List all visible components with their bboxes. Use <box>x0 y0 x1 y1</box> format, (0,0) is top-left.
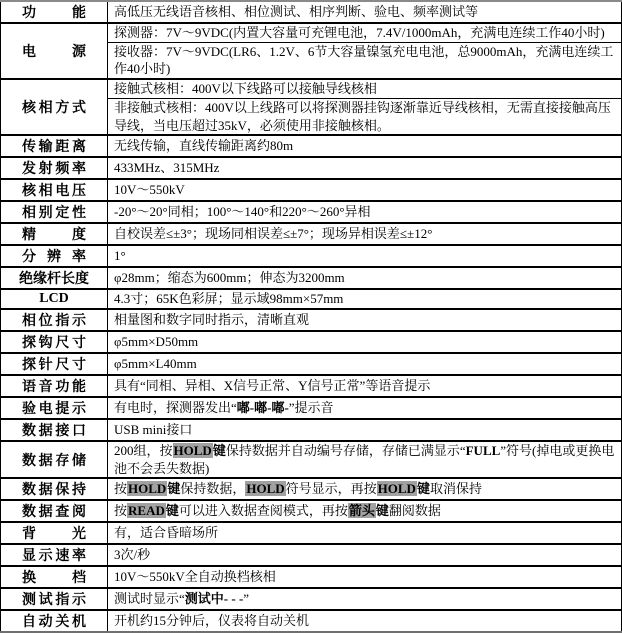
spec-value-line: 具有“同相、异相、X信号正常、Y信号正常”等语音提示 <box>108 377 621 395</box>
value-text: φ5mm×D50mm <box>114 334 198 349</box>
spec-label: 传输距离 <box>1 135 108 157</box>
value-text: 取消保持 <box>430 481 482 496</box>
spec-label-text: 背光 <box>22 523 86 543</box>
value-text: 可以进入数据查阅模式，再按 <box>179 503 348 518</box>
value-text: 保持数据并自动编号存储，存储已满显示“ <box>226 443 466 458</box>
spec-value-line: 3次/秒 <box>108 546 621 564</box>
table-row: 分辨率1° <box>1 245 622 267</box>
spec-value: 探测器：7V～9VDC(内置大容量可充锂电池，7.4V/1000mAh，充满电连… <box>108 23 622 79</box>
spec-value-line: USB mini接口 <box>108 421 621 439</box>
spec-label: 分辨率 <box>1 245 108 267</box>
spec-label-text: 换档 <box>22 567 86 587</box>
spec-label-text: 探针尺寸 <box>22 354 86 374</box>
spec-table-body: 功能高低压无线语音核相、相位测试、相序判断、验电、频率测试等电源探测器：7V～9… <box>1 1 622 632</box>
spec-label: 绝缘杆长度 <box>1 267 108 289</box>
value-text: ” <box>243 591 249 606</box>
spec-sheet: 功能高低压无线语音核相、相位测试、相序判断、验电、频率测试等电源探测器：7V～9… <box>0 0 622 633</box>
spec-label-text: 语音功能 <box>22 376 86 396</box>
value-text: 开机约15分钟后，仪表将自动关机 <box>114 613 309 628</box>
value-text: USB mini接口 <box>114 422 192 437</box>
spec-value: 433MHz、315MHz <box>108 157 622 179</box>
spec-value: 开机约15分钟后，仪表将自动关机 <box>108 610 622 632</box>
table-row: 自动关机开机约15分钟后，仪表将自动关机 <box>1 610 622 632</box>
table-row: 验电提示有电时，探测器发出“嘟-嘟-嘟-”提示音 <box>1 397 622 419</box>
value-text: 探测器：7V～9VDC(内置大容量可充锂电池，7.4V/1000mAh，充满电连… <box>114 25 605 40</box>
value-text: 保持数据， <box>180 481 245 496</box>
spec-value-line: 按HOLD键保持数据，HOLD符号显示，再按HOLD键取消保持 <box>108 480 621 498</box>
spec-label-text: 相位指示 <box>22 310 86 330</box>
spec-value: 无线传输，直线传输距离约80m <box>108 135 622 157</box>
spec-value: 按READ键可以进入数据查阅模式，再按箭头键翻阅数据 <box>108 500 622 522</box>
spec-label-text: 探钩尺寸 <box>22 332 86 352</box>
value-text: 具有“同相、异相、X信号正常、Y信号正常”等语音提示 <box>114 378 430 393</box>
spec-value: 高低压无线语音核相、相位测试、相序判断、验电、频率测试等 <box>108 1 622 23</box>
spec-value: φ5mm×D50mm <box>108 331 622 353</box>
table-row: 电源探测器：7V～9VDC(内置大容量可充锂电池，7.4V/1000mAh，充满… <box>1 23 622 79</box>
table-row: 显示速率3次/秒 <box>1 544 622 566</box>
emphasized-text: 键 <box>376 503 389 518</box>
spec-value: 1° <box>108 245 622 267</box>
table-row: LCD4.3寸；65K色彩屏；显示域98mm×57mm <box>1 289 622 309</box>
spec-label-text: 精度 <box>22 224 86 244</box>
spec-value-line: 10V～550kV <box>108 181 621 199</box>
spec-table: 功能高低压无线语音核相、相位测试、相序判断、验电、频率测试等电源探测器：7V～9… <box>0 0 622 633</box>
spec-label: 探钩尺寸 <box>1 331 108 353</box>
spec-label-text: 数据查阅 <box>22 501 86 521</box>
spec-label: 数据保持 <box>1 478 108 500</box>
spec-value: 200组，按HOLD键保持数据并自动编号存储，存储已满显示“FULL”符号(掉电… <box>108 441 622 478</box>
value-text: 3次/秒 <box>114 547 150 562</box>
spec-value-line: 1° <box>108 247 621 265</box>
value-text: 有，适合昏暗场所 <box>114 525 218 540</box>
spec-label: 探针尺寸 <box>1 353 108 375</box>
spec-label: 精度 <box>1 223 108 245</box>
value-text: 高低压无线语音核相、相位测试、相序判断、验电、频率测试等 <box>114 4 478 19</box>
spec-label: 换档 <box>1 566 108 588</box>
value-text: 测试时显示“ <box>114 591 185 606</box>
value-text: φ5mm×L40mm <box>114 356 197 371</box>
spec-value-line: 433MHz、315MHz <box>108 159 621 177</box>
spec-label-text: 数据接口 <box>22 420 86 440</box>
spec-label: 测试指示 <box>1 588 108 610</box>
spec-label: 数据查阅 <box>1 500 108 522</box>
spec-value: 自校误差≤±3°；现场同相误差≤±7°；现场异相误差≤±12° <box>108 223 622 245</box>
spec-label: 相别定性 <box>1 201 108 223</box>
value-text: 按 <box>114 481 127 496</box>
spec-label: 自动关机 <box>1 610 108 632</box>
spec-value-line: φ28mm；缩态为600mm；伸态为3200mm <box>108 269 621 287</box>
table-row: 数据保持按HOLD键保持数据，HOLD符号显示，再按HOLD键取消保持 <box>1 478 622 500</box>
table-row: 发射频率433MHz、315MHz <box>1 157 622 179</box>
emphasized-text: FULL <box>466 443 501 458</box>
spec-value: 有电时，探测器发出“嘟-嘟-嘟-”提示音 <box>108 397 622 419</box>
table-row: 精度自校误差≤±3°；现场同相误差≤±7°；现场异相误差≤±12° <box>1 223 622 245</box>
spec-label-text: 数据保持 <box>22 479 86 499</box>
spec-value-line: 相量图和数字同时指示，清晰直观 <box>108 311 621 329</box>
spec-label: LCD <box>1 289 108 309</box>
value-text: 相量图和数字同时指示，清晰直观 <box>114 312 309 327</box>
spec-label-text: 核相电压 <box>22 180 86 200</box>
emphasized-text: 键 <box>417 481 430 496</box>
spec-value-line: 4.3寸；65K色彩屏；显示域98mm×57mm <box>108 290 621 308</box>
table-row: 换档10V～550kV全自动换档核相 <box>1 566 622 588</box>
value-text: 200组，按 <box>114 443 173 458</box>
spec-value: 有，适合昏暗场所 <box>108 522 622 544</box>
table-row: 数据查阅按READ键可以进入数据查阅模式，再按箭头键翻阅数据 <box>1 500 622 522</box>
spec-label: 显示速率 <box>1 544 108 566</box>
spec-value-line: 探测器：7V～9VDC(内置大容量可充锂电池，7.4V/1000mAh，充满电连… <box>108 24 621 42</box>
spec-label: 电源 <box>1 23 108 79</box>
spec-label-text: 数据存储 <box>22 450 86 470</box>
spec-value-line: 非接触式核相：400V以上线路可以将探测器挂钩逐渐靠近导线核相，无需直接接触高压… <box>108 98 621 134</box>
value-text: -20°～20°同相；100°～140°和220°～260°异相 <box>114 204 371 219</box>
spec-label-text: 发射频率 <box>22 158 86 178</box>
value-text: 无线传输，直线传输距离约80m <box>114 138 293 153</box>
spec-value: φ28mm；缩态为600mm；伸态为3200mm <box>108 267 622 289</box>
value-text: 非接触式核相：400V以上线路可以将探测器挂钩逐渐靠近导线核相，无需直接接触高压… <box>114 100 611 133</box>
spec-label: 相位指示 <box>1 309 108 331</box>
spec-value-line: -20°～20°同相；100°～140°和220°～260°异相 <box>108 203 621 221</box>
table-row: 探钩尺寸φ5mm×D50mm <box>1 331 622 353</box>
spec-value: 4.3寸；65K色彩屏；显示域98mm×57mm <box>108 289 622 309</box>
spec-label-text: 分辨率 <box>22 246 86 266</box>
value-text: 按 <box>114 503 127 518</box>
spec-value-line: φ5mm×D50mm <box>108 333 621 351</box>
spec-value-line: 高低压无线语音核相、相位测试、相序判断、验电、频率测试等 <box>108 3 621 21</box>
spec-value: USB mini接口 <box>108 419 622 441</box>
table-row: 核相电压10V～550kV <box>1 179 622 201</box>
value-text: 10V～550kV <box>114 182 185 197</box>
value-text: 翻阅数据 <box>389 503 441 518</box>
emphasized-text: 键 <box>167 481 180 496</box>
table-row: 探针尺寸φ5mm×L40mm <box>1 353 622 375</box>
key-badge: HOLD <box>173 443 213 458</box>
spec-value: φ5mm×L40mm <box>108 353 622 375</box>
value-text: 1° <box>114 248 126 263</box>
spec-label: 发射频率 <box>1 157 108 179</box>
spec-value-line: 有电时，探测器发出“嘟-嘟-嘟-”提示音 <box>108 399 621 417</box>
spec-label-text: 核相方式 <box>22 97 86 117</box>
spec-label-text: LCD <box>39 291 69 307</box>
spec-value-line: 按READ键可以进入数据查阅模式，再按箭头键翻阅数据 <box>108 502 621 520</box>
value-text: ”提示音 <box>289 400 334 415</box>
table-row: 测试指示测试时显示“测试中- - -” <box>1 588 622 610</box>
spec-value: 接触式核相：400V以下线路可以接触导线核相非接触式核相：400V以上线路可以将… <box>108 79 622 135</box>
spec-value-line: 测试时显示“测试中- - -” <box>108 590 621 608</box>
spec-label-text: 相别定性 <box>22 202 86 222</box>
spec-value-line: 自校误差≤±3°；现场同相误差≤±7°；现场异相误差≤±12° <box>108 225 621 243</box>
spec-value: 3次/秒 <box>108 544 622 566</box>
spec-label-text: 传输距离 <box>22 136 86 156</box>
value-text: 10V～550kV全自动换档核相 <box>114 569 276 584</box>
spec-value-line: 200组，按HOLD键保持数据并自动编号存储，存储已满显示“FULL”符号(掉电… <box>108 442 621 477</box>
value-text: 433MHz、315MHz <box>114 160 219 175</box>
spec-value-line: 开机约15分钟后，仪表将自动关机 <box>108 612 621 630</box>
value-text: φ28mm；缩态为600mm；伸态为3200mm <box>114 270 345 285</box>
spec-value: 测试时显示“测试中- - -” <box>108 588 622 610</box>
spec-label: 数据存储 <box>1 441 108 478</box>
spec-label: 核相方式 <box>1 79 108 135</box>
table-row: 数据接口USB mini接口 <box>1 419 622 441</box>
table-row: 相位指示相量图和数字同时指示，清晰直观 <box>1 309 622 331</box>
emphasized-text: 测试中- - - <box>185 591 244 606</box>
table-row: 核相方式接触式核相：400V以下线路可以接触导线核相非接触式核相：400V以上线… <box>1 79 622 135</box>
spec-value: 10V～550kV <box>108 179 622 201</box>
table-row: 绝缘杆长度φ28mm；缩态为600mm；伸态为3200mm <box>1 267 622 289</box>
value-text: 自校误差≤±3°；现场同相误差≤±7°；现场异相误差≤±12° <box>114 226 432 241</box>
table-row: 背光有，适合昏暗场所 <box>1 522 622 544</box>
value-text: 接收器：7V～9VDC(LR6、1.2V、6节大容量镍氢充电电池，总9000mA… <box>114 44 613 77</box>
spec-label: 功能 <box>1 1 108 23</box>
spec-label: 背光 <box>1 522 108 544</box>
spec-label: 核相电压 <box>1 179 108 201</box>
spec-value-line: 接收器：7V～9VDC(LR6、1.2V、6节大容量镍氢充电电池，总9000mA… <box>108 42 621 78</box>
spec-label-text: 显示速率 <box>22 545 86 565</box>
emphasized-text: 键 <box>166 503 179 518</box>
table-row: 语音功能具有“同相、异相、X信号正常、Y信号正常”等语音提示 <box>1 375 622 397</box>
spec-value: 具有“同相、异相、X信号正常、Y信号正常”等语音提示 <box>108 375 622 397</box>
spec-label-text: 电源 <box>22 41 86 61</box>
spec-value-line: 无线传输，直线传输距离约80m <box>108 137 621 155</box>
spec-label: 语音功能 <box>1 375 108 397</box>
spec-value: 按HOLD键保持数据，HOLD符号显示，再按HOLD键取消保持 <box>108 478 622 500</box>
spec-value-line: 有，适合昏暗场所 <box>108 524 621 542</box>
spec-value: -20°～20°同相；100°～140°和220°～260°异相 <box>108 201 622 223</box>
spec-label: 数据接口 <box>1 419 108 441</box>
value-text: 有电时，探测器发出“ <box>114 400 237 415</box>
key-badge: HOLD <box>245 481 285 496</box>
spec-value-line: 10V～550kV全自动换档核相 <box>108 568 621 586</box>
table-row: 相别定性-20°～20°同相；100°～140°和220°～260°异相 <box>1 201 622 223</box>
spec-value: 10V～550kV全自动换档核相 <box>108 566 622 588</box>
spec-value-line: φ5mm×L40mm <box>108 355 621 373</box>
key-badge: READ <box>127 503 166 518</box>
emphasized-text: 嘟-嘟-嘟- <box>237 400 289 415</box>
emphasized-text: 键 <box>213 443 226 458</box>
table-row: 传输距离无线传输，直线传输距离约80m <box>1 135 622 157</box>
spec-value: 相量图和数字同时指示，清晰直观 <box>108 309 622 331</box>
spec-value-line: 接触式核相：400V以下线路可以接触导线核相 <box>108 80 621 98</box>
table-row: 功能高低压无线语音核相、相位测试、相序判断、验电、频率测试等 <box>1 1 622 23</box>
value-text: 接触式核相：400V以下线路可以接触导线核相 <box>114 81 377 96</box>
spec-label-text: 绝缘杆长度 <box>19 268 89 288</box>
value-text: 4.3寸；65K色彩屏；显示域98mm×57mm <box>114 291 343 306</box>
key-badge: 箭头 <box>348 503 376 518</box>
value-text: 符号显示，再按 <box>286 481 377 496</box>
spec-label-text: 验电提示 <box>22 398 86 418</box>
spec-label-text: 自动关机 <box>22 611 86 631</box>
spec-label: 验电提示 <box>1 397 108 419</box>
key-badge: HOLD <box>377 481 417 496</box>
table-row: 数据存储200组，按HOLD键保持数据并自动编号存储，存储已满显示“FULL”符… <box>1 441 622 478</box>
spec-label-text: 测试指示 <box>22 589 86 609</box>
key-badge: HOLD <box>127 481 167 496</box>
spec-label-text: 功能 <box>22 2 86 22</box>
